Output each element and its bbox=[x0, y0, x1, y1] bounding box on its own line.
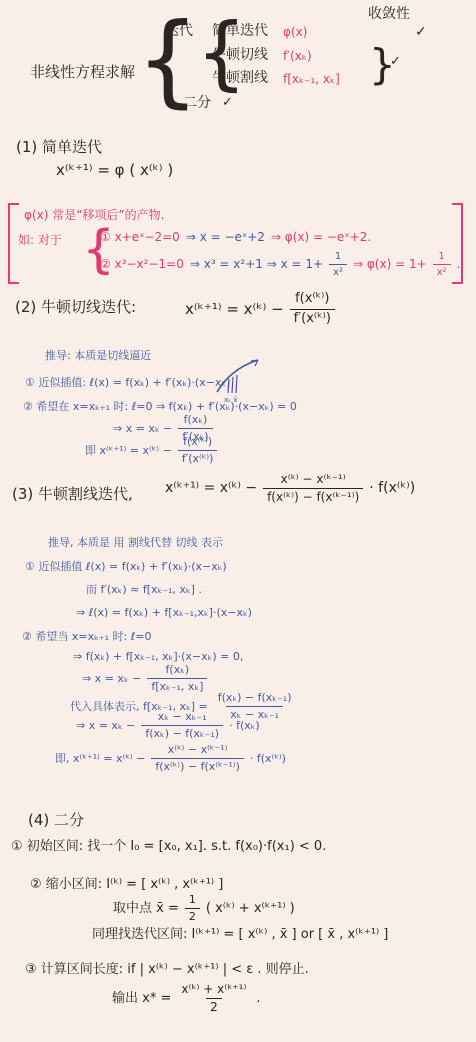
section2-formula-lhs: x⁽ᵏ⁺¹⁾ = x⁽ᵏ⁾ − bbox=[185, 300, 284, 319]
section4-step2: ② 缩小区间: I⁽ᵏ⁾ = [ x⁽ᵏ⁾ , x⁽ᵏ⁺¹⁾ ] bbox=[30, 877, 223, 893]
example2-fraction-blue: 1 x² bbox=[329, 251, 347, 278]
section4-step2b-fraction: 1 2 bbox=[185, 894, 200, 924]
convergence-header: 收敛性 bbox=[368, 6, 410, 24]
section3-heading: (3) 牛顿割线迭代, bbox=[12, 485, 133, 504]
tree-item-simple-iteration: 简单迭代 bbox=[212, 23, 268, 41]
section3-step1c: ⇒ ℓ(x) = f(xₖ) + f[xₖ₋₁,xₖ]·(x−xₖ) bbox=[76, 606, 252, 620]
example2-period: . bbox=[457, 257, 461, 272]
section3-step2c-lhs: ⇒ x = xₖ − bbox=[82, 672, 141, 686]
section3-step4-rhs: · f(xₖ) bbox=[229, 719, 260, 733]
section3-step2b: ⇒ f(xₖ) + f[xₖ₋₁, xₖ]·(x−xₖ) = 0, bbox=[73, 650, 243, 664]
section4-step3b: 输出 x* = x⁽ᵏ⁾ + x⁽ᵏ⁺¹⁾ 2 . bbox=[112, 983, 261, 1015]
section1-heading: (1) 简单迭代 bbox=[16, 138, 102, 157]
convergence-check-icon: ✓ bbox=[415, 24, 427, 42]
section2-step4-fraction: f(x⁽ᵏ⁾) f′(x⁽ᵏ⁾) bbox=[178, 436, 218, 466]
section2-step4: 即 x⁽ᵏ⁺¹⁾ = x⁽ᵏ⁾ − f(x⁽ᵏ⁾) f′(x⁽ᵏ⁾) bbox=[85, 436, 217, 466]
tree-branch-iteration: 迭代 bbox=[165, 23, 193, 41]
tangent-sketch bbox=[215, 356, 261, 396]
tree-item-newton-secant-note: f[xₖ₋₁, xₖ] bbox=[283, 72, 340, 87]
section3-step2c: ⇒ x = xₖ − f(xₖ) f[xₖ₋₁, xₖ] bbox=[82, 664, 207, 694]
section3-step4: ⇒ x = xₖ − xₖ − xₖ₋₁ f(xₖ) − f(xₖ₋₁) · f… bbox=[76, 711, 260, 741]
section3-formula-rhs: · f(x⁽ᵏ⁾) bbox=[369, 480, 415, 498]
tree-item-newton-tangent: 牛顿切线 bbox=[212, 47, 268, 65]
section1-formula: x⁽ᵏ⁺¹⁾ = φ ( x⁽ᵏ⁾ ) bbox=[56, 161, 173, 180]
section3-formula-lhs: x⁽ᵏ⁺¹⁾ = x⁽ᵏ⁾ − bbox=[165, 480, 257, 498]
section3-formula-fraction: x⁽ᵏ⁾ − x⁽ᵏ⁻¹⁾ f(x⁽ᵏ⁾) − f(x⁽ᵏ⁻¹⁾) bbox=[263, 473, 363, 505]
section3-step5: 即, x⁽ᵏ⁺¹⁾ = x⁽ᵏ⁾ − x⁽ᵏ⁾ − x⁽ᵏ⁻¹⁾ f(x⁽ᵏ⁾)… bbox=[55, 744, 286, 774]
section4-step3b-lhs: 输出 x* = bbox=[112, 991, 171, 1007]
section2-heading: (2) 牛顿切线迭代: bbox=[15, 298, 136, 317]
tree-item-newton-tangent-note: f′(xₖ) bbox=[283, 49, 312, 64]
tree-group-check-icon: ✓ bbox=[390, 54, 401, 70]
notebox-example-2: ② x³−x²−1=0 ⇒ x³ = x²+1 ⇒ x = 1+ 1 x² ⇒ … bbox=[100, 251, 460, 278]
section3-step2c-fraction: f(xₖ) f[xₖ₋₁, xₖ] bbox=[147, 664, 207, 694]
example2-fraction-pink: 1 x² bbox=[433, 251, 451, 278]
section4-step2b: 取中点 x̄ = 1 2 ( x⁽ᵏ⁾ + x⁽ᵏ⁺¹⁾ ) bbox=[113, 894, 295, 924]
tree-branch-bisection: 二分 bbox=[183, 95, 211, 113]
section3-step1b: 而 f′(xₖ) ≈ f[xₖ₋₁, xₖ] . bbox=[86, 583, 202, 597]
section2-step1: ① 近似插值: ℓ(x) = f(xₖ) + f′(xₖ)·(x−xₖ) bbox=[25, 376, 230, 390]
section4-step3b-fraction: x⁽ᵏ⁾ + x⁽ᵏ⁺¹⁾ 2 bbox=[177, 983, 250, 1015]
section2-step2: ② 希望在 x=xₖ₊₁ 时: ℓ=0 ⇒ f(xₖ) + f′(xₖ)·(x−… bbox=[23, 400, 297, 414]
section4-heading: (4) 二分 bbox=[28, 811, 84, 830]
section2-derivation-title: 推导: 本质是切线逼近 bbox=[45, 349, 151, 363]
handwritten-notes-page: 收敛性 ✓ 非线性方程求解 { 迭代 { 简单迭代 φ(x) 牛顿切线 f′(x… bbox=[0, 0, 476, 1042]
section3-step4-lhs: ⇒ x = xₖ − bbox=[76, 719, 135, 733]
section2-formula: x⁽ᵏ⁺¹⁾ = x⁽ᵏ⁾ − f(x⁽ᵏ⁾) f′(x⁽ᵏ⁾) bbox=[185, 292, 335, 326]
section3-step5-rhs: · f(x⁽ᵏ⁾) bbox=[250, 752, 286, 766]
example1-equation: ① x+eˣ−2=0 bbox=[100, 230, 180, 245]
example1-rearranged: ⇒ x = −eˣ+2 bbox=[186, 230, 265, 245]
tree-item-newton-secant: 牛顿割线 bbox=[212, 70, 268, 88]
section2-formula-fraction: f(x⁽ᵏ⁾) f′(x⁽ᵏ⁾) bbox=[290, 292, 335, 326]
section4-step2b-rhs: ( x⁽ᵏ⁾ + x⁽ᵏ⁺¹⁾ ) bbox=[206, 901, 295, 917]
section4-step2b-lhs: 取中点 x̄ = bbox=[113, 901, 179, 917]
notebox-intro: 如: 对于 bbox=[18, 233, 62, 248]
section3-derivation-title: 推导, 本质是 用 割线代替 切线 表示 bbox=[48, 536, 223, 550]
section3-step5-lhs: 即, x⁽ᵏ⁺¹⁾ = x⁽ᵏ⁾ − bbox=[55, 752, 145, 766]
section3-step5-fraction: x⁽ᵏ⁾ − x⁽ᵏ⁻¹⁾ f(x⁽ᵏ⁾) − f(x⁽ᵏ⁻¹⁾) bbox=[151, 744, 244, 774]
section4-step2c: 同理找迭代区间: I⁽ᵏ⁺¹⁾ = [ x⁽ᵏ⁾ , x̄ ] or [ x̄ … bbox=[92, 927, 388, 943]
section4-step1: ① 初始区间: 找一个 I₀ = [x₀, x₁]. s.t. f(x₀)·f(… bbox=[11, 839, 326, 855]
section3-step4-fraction: xₖ − xₖ₋₁ f(xₖ) − f(xₖ₋₁) bbox=[141, 711, 223, 741]
tree-item-simple-iteration-note: φ(x) bbox=[283, 25, 307, 40]
section3-step2: ② 希望当 x=xₖ₊₁ 时: ℓ=0 bbox=[22, 630, 151, 644]
tree-bisection-check-icon: ✓ bbox=[222, 95, 233, 111]
section2-step3-lhs: ⇒ x = xₖ − bbox=[113, 422, 172, 436]
section4-step3b-rhs: . bbox=[256, 991, 260, 1007]
section3-step1: ① 近似插值 ℓ(x) = f(xₖ) + f′(xₖ)·(x−xₖ) bbox=[25, 560, 227, 574]
example2-phi: ⇒ φ(x) = 1+ bbox=[353, 257, 427, 272]
example2-rearranged: ⇒ x³ = x²+1 ⇒ x = 1+ bbox=[190, 257, 323, 272]
tree-root-label: 非线性方程求解 bbox=[30, 63, 135, 82]
example1-phi: ⇒ φ(x) = −eˣ+2. bbox=[271, 230, 371, 245]
section3-formula: x⁽ᵏ⁺¹⁾ = x⁽ᵏ⁾ − x⁽ᵏ⁾ − x⁽ᵏ⁻¹⁾ f(x⁽ᵏ⁾) − … bbox=[165, 473, 415, 505]
example2-equation: ② x³−x²−1=0 bbox=[100, 257, 184, 272]
section2-step4-lhs: 即 x⁽ᵏ⁺¹⁾ = x⁽ᵏ⁾ − bbox=[85, 444, 172, 458]
notebox-example-1: ① x+eˣ−2=0 ⇒ x = −eˣ+2 ⇒ φ(x) = −eˣ+2. bbox=[100, 230, 371, 245]
section4-step3: ③ 计算区间长度: if | x⁽ᵏ⁾ − x⁽ᵏ⁺¹⁾ | < ε . 则停止… bbox=[25, 962, 309, 978]
